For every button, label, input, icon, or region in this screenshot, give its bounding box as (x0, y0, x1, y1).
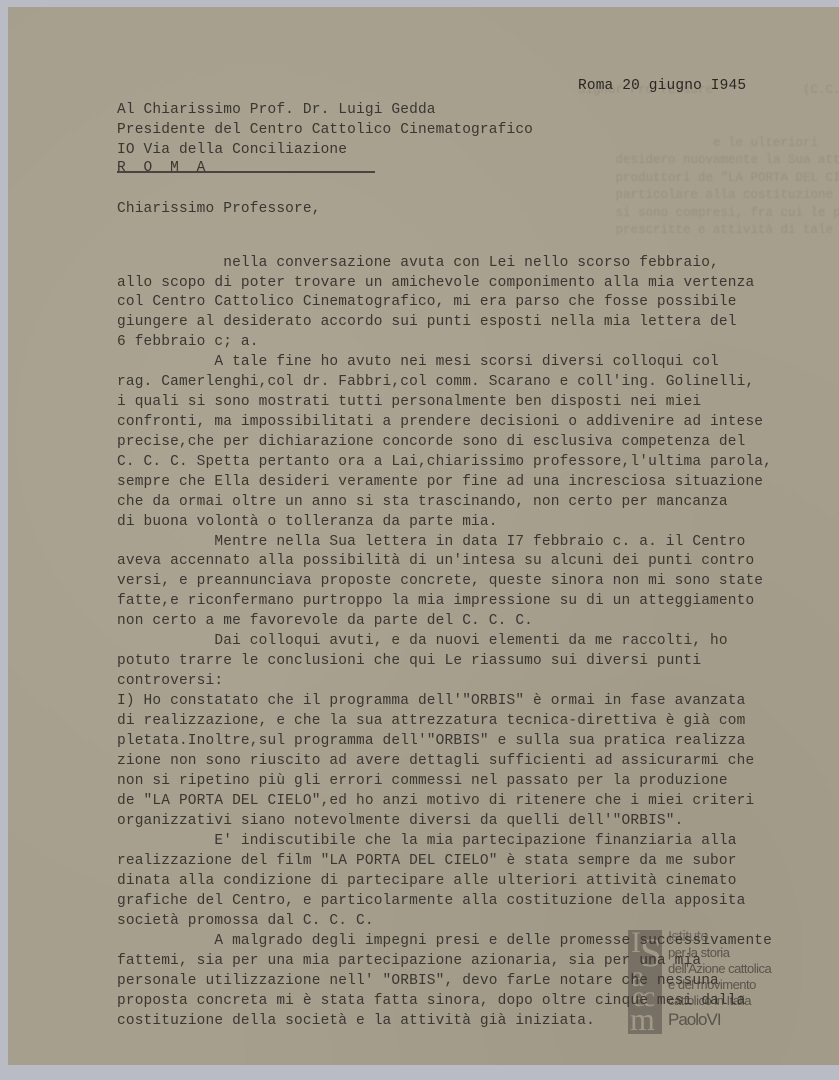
body-line: allo scopo di poter trovare un amichevol… (117, 275, 754, 291)
body-line: confronti, ma impossibilitati a prendere… (117, 414, 763, 430)
body-line: E' indiscutibile che la mia partecipazio… (117, 833, 737, 849)
recipient-line: Al Chiarissimo Prof. Dr. Luigi Gedda (117, 102, 436, 118)
recipient-line: IO Via della Conciliazione (117, 142, 347, 158)
body-line: grafiche del Centro, e particolarmente a… (117, 893, 745, 909)
body-line: A tale fine ho avuto nei mesi scorsi div… (117, 354, 719, 370)
body-line: zione non sono riuscito ad avere dettagl… (117, 753, 754, 769)
body-line: i quali si sono mostrati tutti personalm… (117, 394, 701, 410)
body-line: A malgrado degli impegni presi e delle p… (117, 933, 772, 949)
body-line: 6 febbraio c; a. (117, 334, 259, 350)
body-line: controversi: (117, 673, 223, 689)
body-line: Dai colloqui avuti, e da nuovi elementi … (117, 633, 728, 649)
body-line: fattemi, sia per una mia partecipazione … (117, 953, 701, 969)
body-line: aveva accennato alla possibilità di un'i… (117, 553, 754, 569)
salutation: Chiarissimo Professore, (117, 201, 321, 217)
body-line: che da ormai oltre un anno si sta trasci… (117, 494, 728, 510)
date-line: Roma 20 giugno I945 (578, 78, 746, 94)
body-line: C. C. C. Spetta pertanto ora a Lai,chiar… (117, 454, 772, 470)
recipient-line: Presidente del Centro Cattolico Cinemato… (117, 122, 533, 138)
logo-line: PaoloVI (668, 1010, 721, 1030)
body-line: organizzativi siano notevolmente diversi… (117, 813, 684, 829)
body-line: giungere al desiderato accordo sui punti… (117, 314, 737, 330)
body-line: non certo a me favorevole da parte del C… (117, 613, 533, 629)
body-line: versi, e preannunciava proposte concrete… (117, 573, 763, 589)
recipient-line: R O M A (117, 160, 206, 176)
body-line: col Centro Cattolico Cinematografico, mi… (117, 294, 737, 310)
body-line: potuto trarre le conclusioni che qui Le … (117, 653, 701, 669)
body-line: de "LA PORTA DEL CIELO",ed ho anzi motiv… (117, 793, 754, 809)
body-line: dinata alla condizione di partecipare al… (117, 873, 737, 889)
body-line: sempre che Ella desideri veramente por f… (117, 474, 763, 490)
bleed-through-text: Signor Pro fessore (C.C.) e le ulteriori… (578, 82, 838, 240)
body-line: non si ripetino più gli errori commessi … (117, 773, 728, 789)
body-line: personale utilizzazione nell' "ORBIS", d… (117, 973, 719, 989)
body-line: I) Ho constatato che il programma dell'"… (117, 693, 745, 709)
body-line: Mentre nella Sua lettera in data I7 febb… (117, 534, 745, 550)
body-line: realizzazione del film "LA PORTA DEL CIE… (117, 853, 737, 869)
body-line: precise,che per dichiarazione concorde s… (117, 434, 745, 450)
body-line: costituzione della società e la attività… (117, 1013, 595, 1029)
body-line: nella conversazione avuta con Lei nello … (117, 255, 719, 271)
body-line: di realizzazione, e che la sua attrezzat… (117, 713, 745, 729)
body-line: società promossa dal C. C. C. (117, 913, 374, 929)
body-line: rag. Camerlenghi,col dr. Fabbri,col comm… (117, 374, 754, 390)
body-line: pletata.Inoltre,sul programma dell'"ORBI… (117, 733, 745, 749)
body-line: proposta concreta mi è stata fatta sinor… (117, 993, 745, 1009)
body-line: di buona volontà o tolleranza da parte m… (117, 514, 498, 530)
body-line: fatte,e riconfermano purtroppo la mia im… (117, 593, 754, 609)
